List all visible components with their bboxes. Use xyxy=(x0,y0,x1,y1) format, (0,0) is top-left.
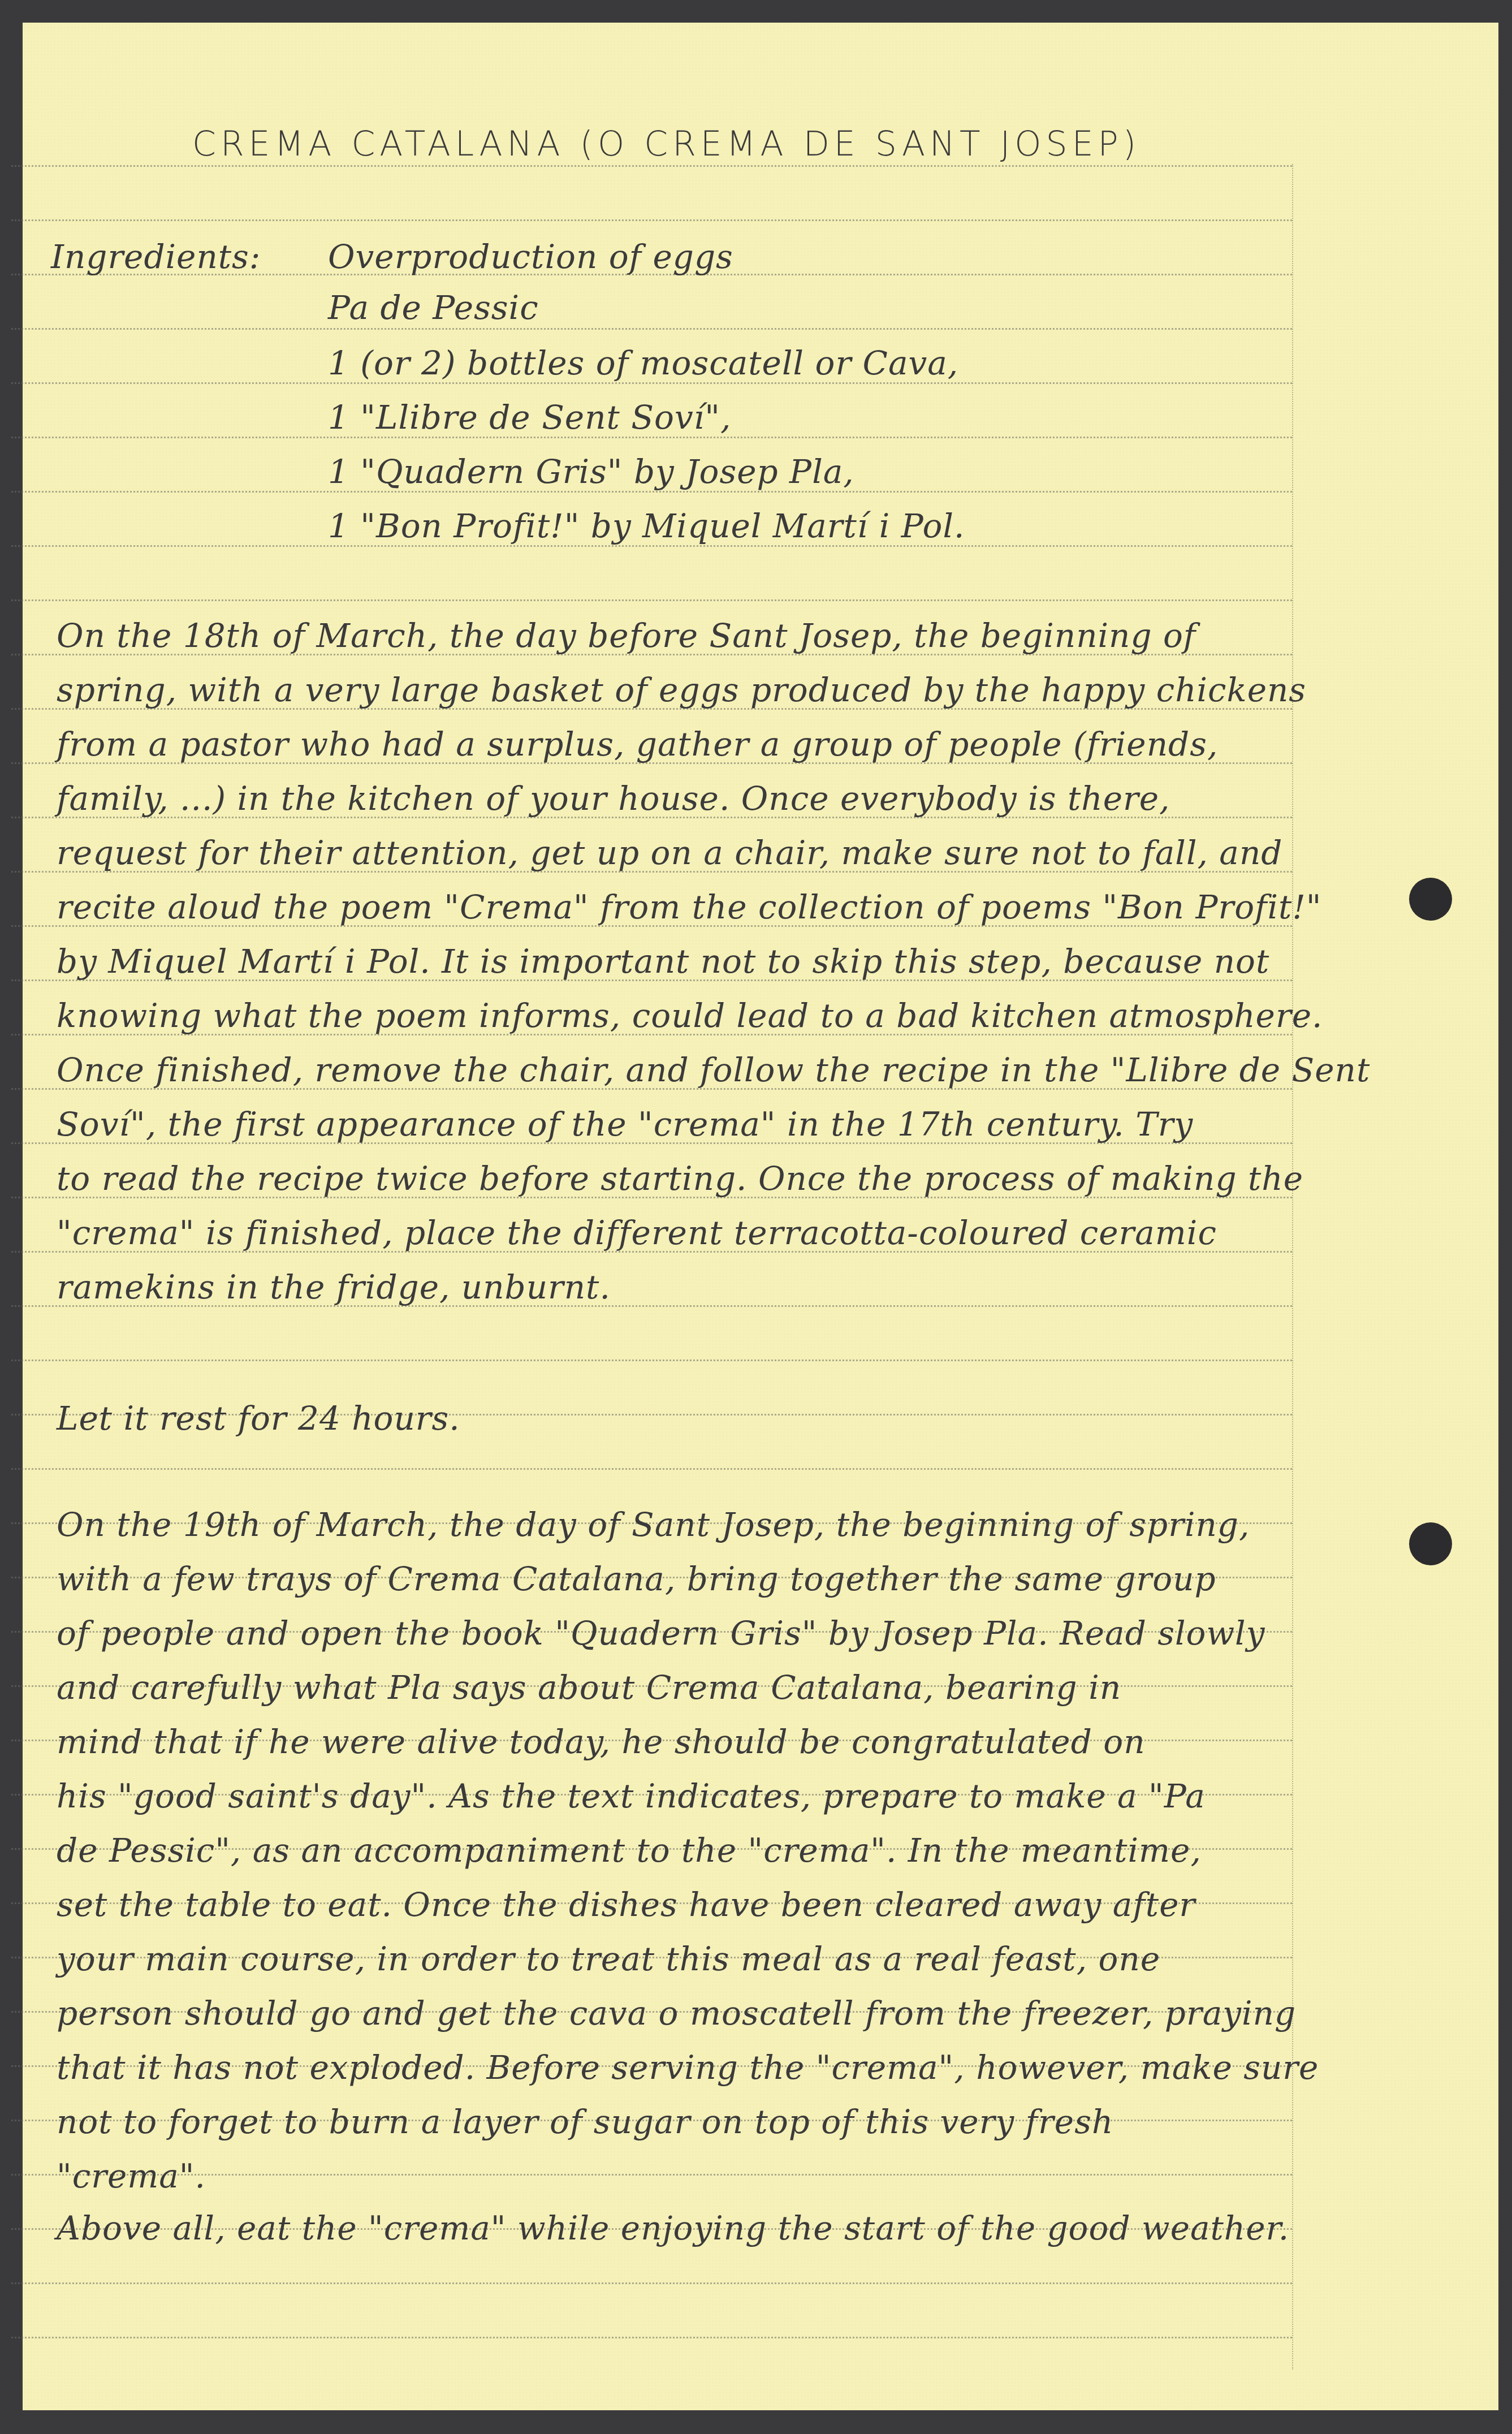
handwritten-line: person should go and get the cava o mosc… xyxy=(57,1994,1296,2032)
ingredient-item: 1 "Llibre de Sent Soví", xyxy=(328,398,731,437)
ruled-line xyxy=(11,1360,1292,1361)
handwritten-line: de Pessic", as an accompaniment to the "… xyxy=(57,1831,1202,1870)
handwritten-line: to read the recipe twice before starting… xyxy=(57,1159,1303,1198)
handwritten-line: of people and open the book "Quadern Gri… xyxy=(57,1614,1265,1652)
ingredient-item: 1 (or 2) bottles of moscatell or Cava, xyxy=(328,344,958,382)
handwritten-line: by Miquel Martí i Pol. It is important n… xyxy=(57,942,1269,981)
ruled-line xyxy=(11,328,1292,330)
handwritten-line: spring, with a very large basket of eggs… xyxy=(57,671,1306,709)
margin-line xyxy=(1292,164,1293,2370)
ingredients-label: Ingredients: xyxy=(51,238,261,276)
ruled-line xyxy=(11,545,1292,547)
ruled-line xyxy=(11,1468,1292,1470)
handwritten-line: request for their attention, get up on a… xyxy=(57,834,1282,872)
handwritten-line: On the 19th of March, the day of Sant Jo… xyxy=(57,1505,1250,1544)
handwritten-line: ramekins in the fridge, unburnt. xyxy=(57,1268,611,1306)
ruled-line xyxy=(11,437,1292,438)
ruled-line xyxy=(11,382,1292,384)
handwritten-line: knowing what the poem informs, could lea… xyxy=(57,996,1323,1035)
ruled-line xyxy=(11,219,1292,221)
handwritten-line: Once finished, remove the chair, and fol… xyxy=(57,1051,1370,1089)
handwritten-line: mind that if he were alive today, he sho… xyxy=(57,1723,1146,1761)
handwritten-line: Let it rest for 24 hours. xyxy=(57,1399,460,1438)
ruled-line xyxy=(11,2282,1292,2284)
ruled-line xyxy=(11,165,1292,167)
punch-hole-icon xyxy=(1409,1522,1452,1565)
handwritten-line: and carefully what Pla says about Crema … xyxy=(57,1668,1121,1707)
ruled-line xyxy=(11,2337,1292,2338)
handwritten-line: Above all, eat the "crema" while enjoyin… xyxy=(57,2209,1289,2247)
handwritten-line: his "good saint's day". As the text indi… xyxy=(57,1777,1206,1815)
ingredient-item: 1 "Bon Profit!" by Miquel Martí i Pol. xyxy=(328,507,965,545)
punch-hole-icon xyxy=(1409,878,1452,921)
handwritten-line: Soví", the first appearance of the "crem… xyxy=(57,1105,1193,1143)
handwritten-line: that it has not exploded. Before serving… xyxy=(57,2048,1319,2087)
handwritten-line: recite aloud the poem "Crema" from the c… xyxy=(57,888,1321,926)
handwritten-line: "crema". xyxy=(57,2157,206,2195)
notebook-page: CREMA CATALANA (O CREMA DE SANT JOSEP) I… xyxy=(23,23,1498,2410)
handwritten-line: On the 18th of March, the day before San… xyxy=(57,616,1196,655)
handwritten-line: set the table to eat. Once the dishes ha… xyxy=(57,1885,1195,1924)
handwritten-line: with a few trays of Crema Catalana, brin… xyxy=(57,1560,1216,1598)
handwritten-line: your main course, in order to treat this… xyxy=(57,1940,1160,1978)
handwritten-line: from a pastor who had a surplus, gather … xyxy=(57,725,1218,763)
ingredient-item: Pa de Pessic xyxy=(328,288,539,327)
ingredient-item: Overproduction of eggs xyxy=(328,238,733,276)
page-title: CREMA CATALANA (O CREMA DE SANT JOSEP) xyxy=(192,124,1141,164)
ingredient-item: 1 "Quadern Gris" by Josep Pla, xyxy=(328,452,854,491)
ruled-line xyxy=(11,599,1292,601)
handwritten-line: "crema" is finished, place the different… xyxy=(57,1214,1217,1252)
handwritten-line: family, ...) in the kitchen of your hous… xyxy=(57,779,1170,818)
ruled-line xyxy=(11,491,1292,493)
handwritten-line: not to forget to burn a layer of sugar o… xyxy=(57,2103,1113,2141)
